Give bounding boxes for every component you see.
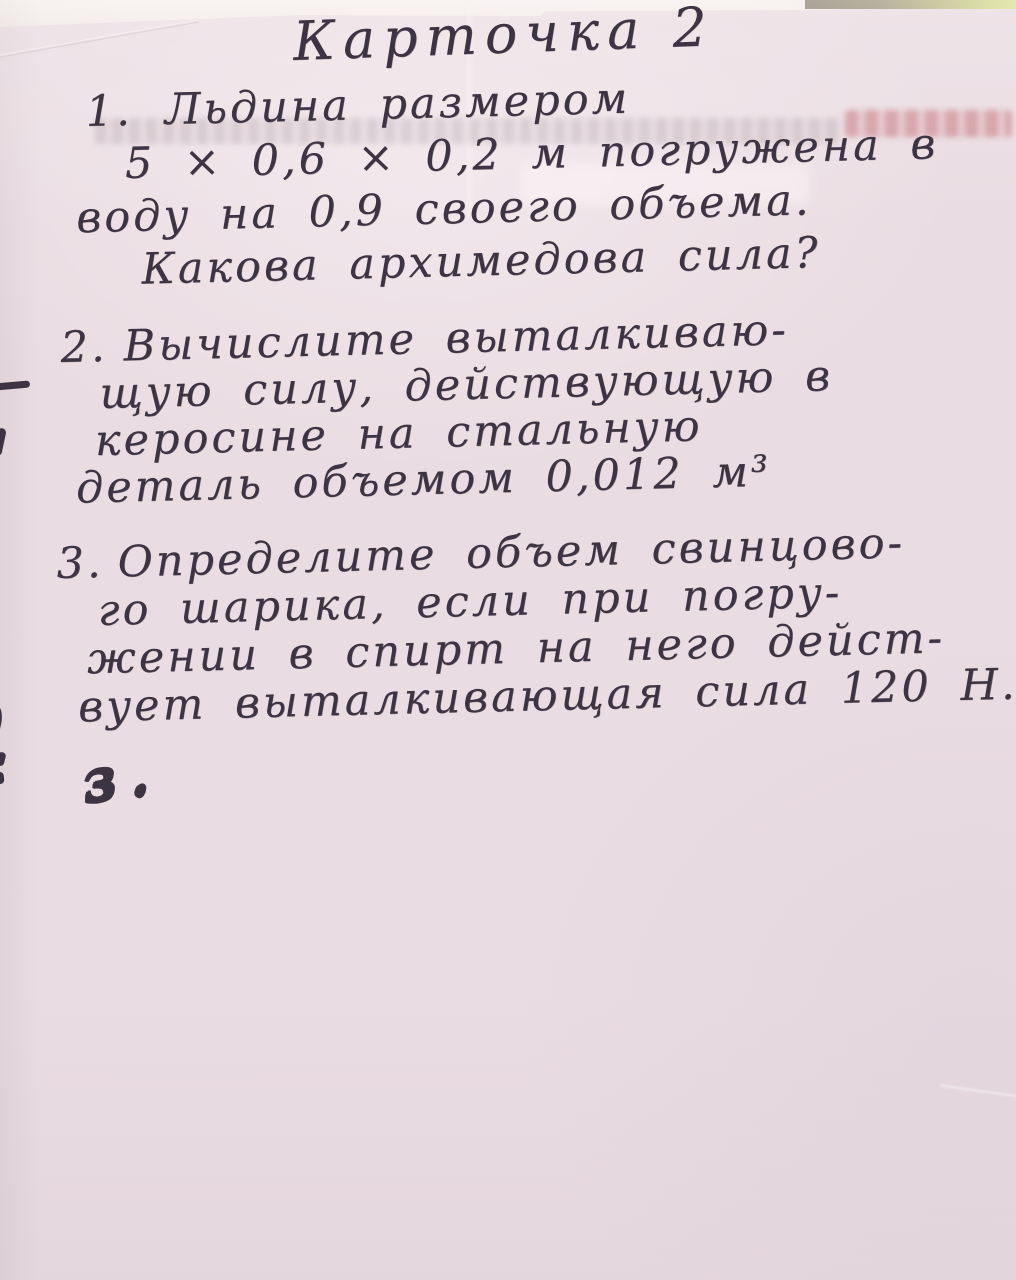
problem-3: 3.Определите объем свинцово- го шарика, …	[56, 517, 1016, 732]
paper-crease	[940, 1084, 1016, 1097]
background-paper-edge-green	[805, 0, 1016, 9]
problem-3-number: 3.	[56, 539, 104, 588]
problem-2-number: 2.	[60, 324, 108, 372]
margin-pen-paren: )	[0, 694, 5, 750]
stray-scribble: з.	[78, 738, 165, 815]
problem-2: 2.Вычислите выталкиваю- щую силу, действ…	[60, 306, 836, 513]
problem-1: 1.Льдина размером 5 × 0,6 × 0,2 м погруж…	[85, 65, 942, 298]
photo-of-handwritten-card: { "page": { "kind": "handwritten task ca…	[0, 0, 1016, 1280]
margin-pen-tick	[0, 772, 5, 785]
margin-pen-dash	[0, 380, 30, 390]
margin-pen-tick	[0, 751, 7, 767]
margin-pen-tick	[0, 427, 7, 456]
card-title: Карточка 2	[292, 0, 716, 73]
problem-1-text: Льдина размером	[164, 74, 631, 135]
problem-1-number: 1.	[85, 85, 133, 139]
